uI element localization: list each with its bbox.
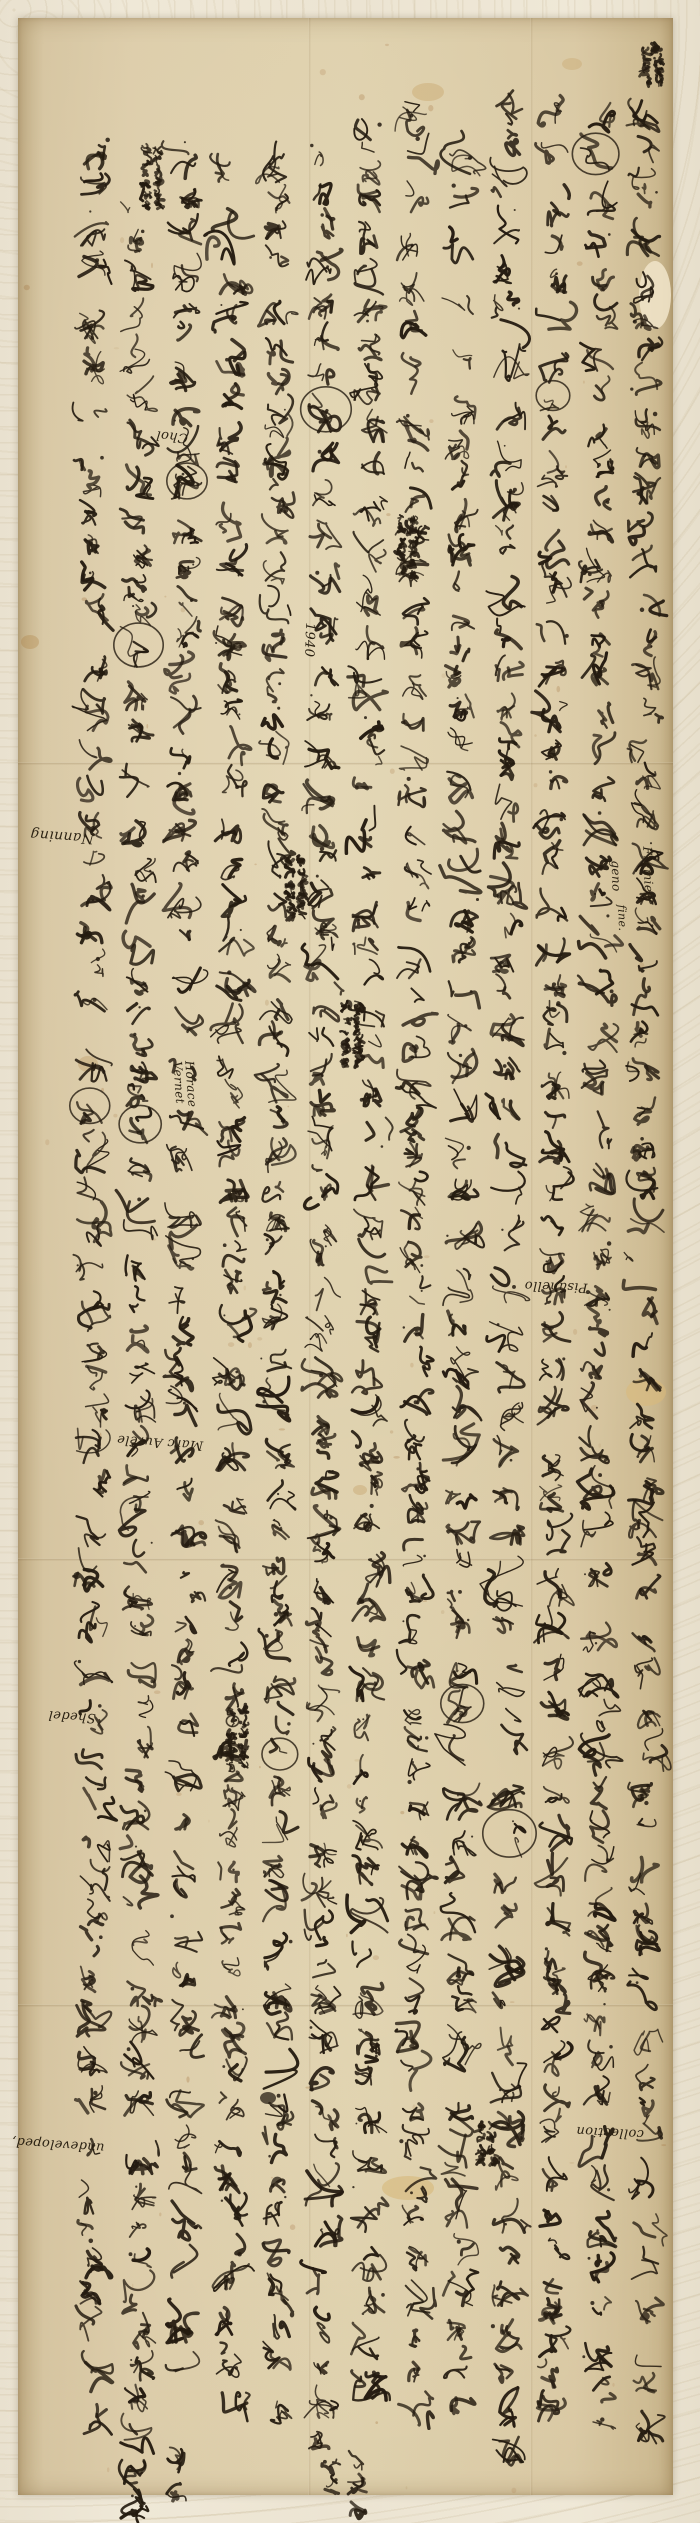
stain-blob bbox=[21, 635, 39, 649]
latin-annotation-1940: 1940 bbox=[302, 622, 316, 657]
text-column bbox=[162, 141, 208, 2371]
text-column bbox=[395, 102, 438, 2429]
text-column bbox=[346, 119, 392, 2400]
stain-blob bbox=[412, 83, 444, 101]
latin-annotation-nanning: Nanning bbox=[30, 827, 95, 846]
circled-character-mark bbox=[262, 1738, 298, 1770]
latin-annotation-chol: Chol bbox=[155, 428, 188, 445]
circled-character-mark bbox=[119, 1105, 161, 1142]
interlinear-annotation bbox=[141, 144, 164, 210]
circled-character-mark bbox=[483, 1810, 536, 1857]
text-column bbox=[301, 144, 352, 2449]
circled-character-mark bbox=[536, 381, 570, 411]
latin-annotation-geno: geno bbox=[609, 860, 622, 892]
manuscript-scan: Chol 1940 Nanning Fremiet geno fine. Hor… bbox=[0, 0, 700, 2523]
text-column bbox=[572, 103, 622, 2429]
text-column bbox=[205, 154, 257, 2421]
stain-blob bbox=[626, 1378, 666, 1406]
interlinear-annotation bbox=[639, 43, 663, 87]
latin-annotation-fremiet: Fremiet bbox=[641, 846, 655, 898]
text-column bbox=[435, 131, 486, 2414]
signature-cluster bbox=[119, 2460, 148, 2523]
signature-cluster bbox=[167, 2447, 186, 2500]
interlinear-annotation bbox=[283, 856, 307, 921]
signature-cluster bbox=[348, 2451, 366, 2519]
signature-cluster bbox=[322, 2459, 340, 2493]
latin-annotation-horace-vernet: Horace Vernet bbox=[171, 1060, 201, 1147]
text-column bbox=[70, 138, 117, 2435]
latin-annotation-shedel: Shedel bbox=[48, 1708, 96, 1725]
text-column bbox=[114, 189, 163, 2453]
text-column bbox=[623, 99, 671, 2444]
stain-blob bbox=[353, 1485, 367, 1495]
text-column bbox=[532, 96, 577, 2421]
calligraphy-ink-layer bbox=[0, 0, 700, 2523]
latin-annotation-fine: fine. bbox=[616, 904, 628, 931]
latin-annotation-collection: collection bbox=[576, 2124, 645, 2141]
stain-layer bbox=[21, 44, 671, 2493]
stain-blob bbox=[562, 58, 582, 70]
text-column bbox=[255, 142, 298, 2424]
stain-blob bbox=[260, 2092, 276, 2104]
latin-annotation-pisanello: Pisanello bbox=[524, 1278, 588, 1293]
circled-character-mark bbox=[572, 133, 619, 174]
interlinear-annotation bbox=[475, 2122, 499, 2165]
